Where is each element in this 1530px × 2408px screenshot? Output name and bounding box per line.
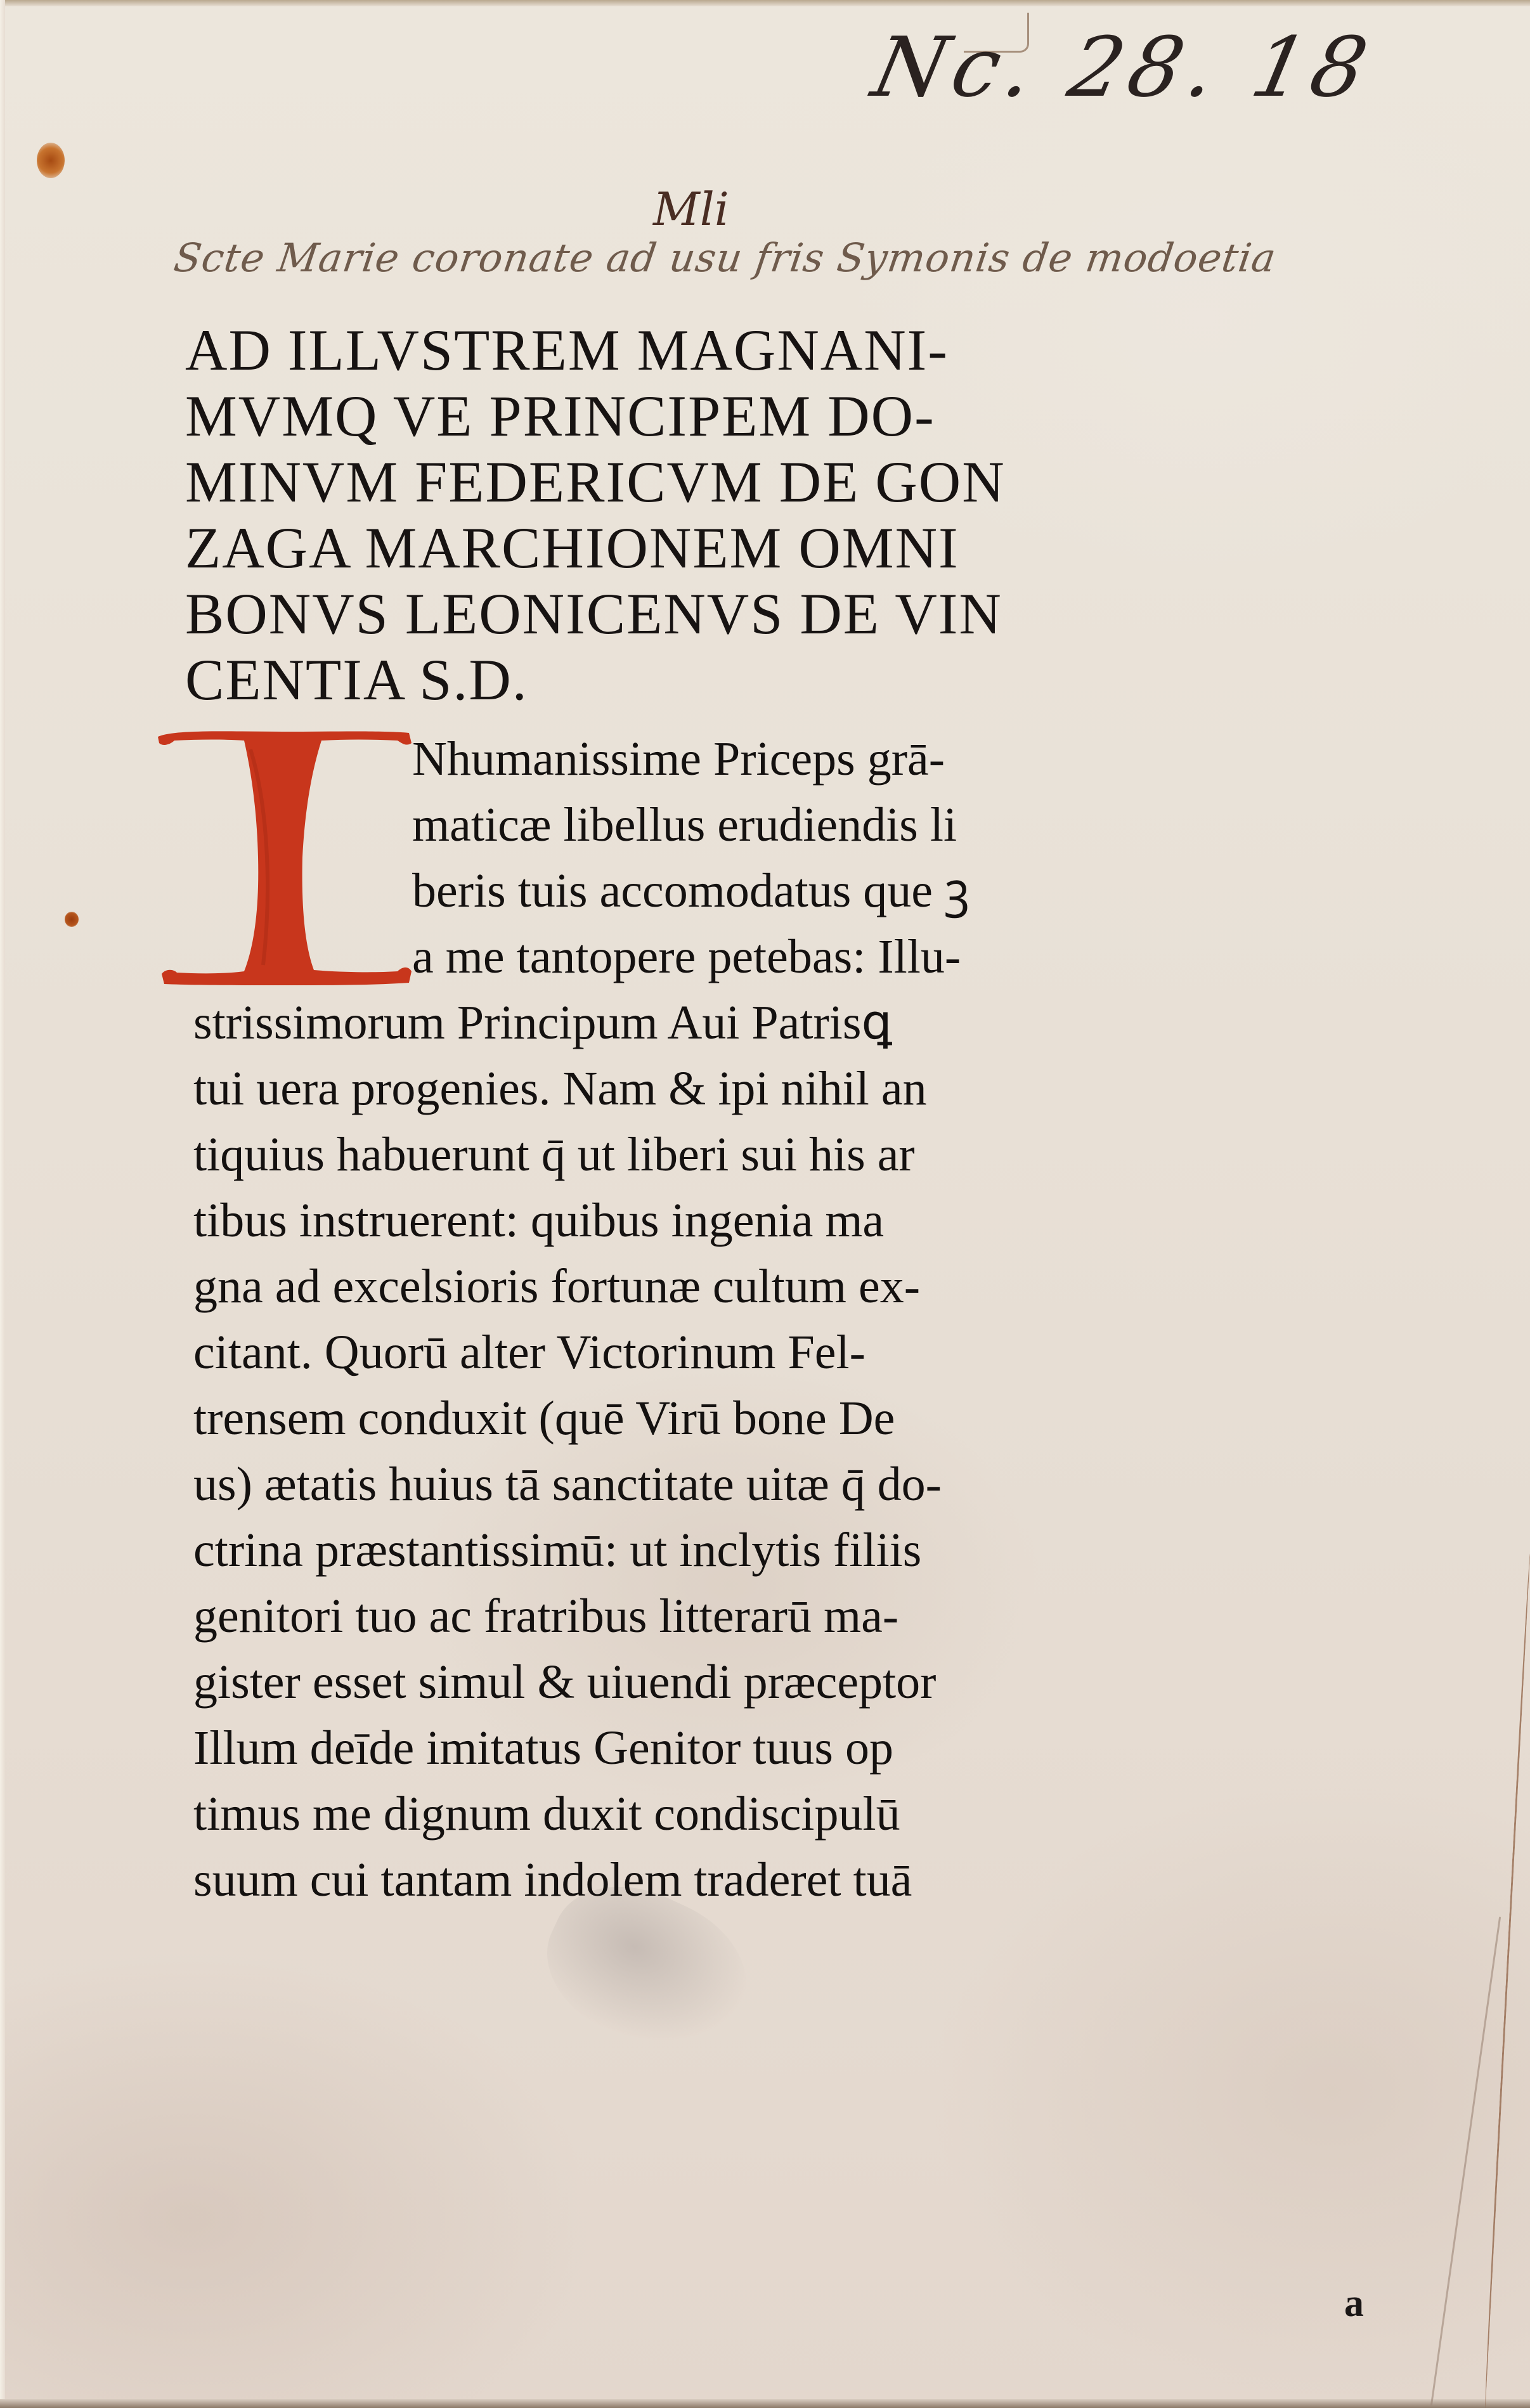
heading-line: ZAGA MARCHIONEM OMNI	[185, 515, 1124, 581]
body-line: ctrina præstantissimū: ut inclytis filii…	[193, 1517, 1132, 1583]
shelfmark: Nc. 28. 18	[865, 19, 1382, 115]
body-line: gister esset simul & uiuendi præceptor	[193, 1649, 1132, 1715]
heading-line: MINVM FEDERICVM DE GON	[185, 449, 1124, 515]
paper-crease-line	[1430, 1917, 1503, 2405]
body-line: maticæ libellus erudiendis li	[193, 792, 1132, 858]
page-edge-top	[0, 0, 1530, 6]
heading-line: AD ILLVSTREM MAGNANI-	[185, 317, 1124, 383]
page-edge-left	[0, 0, 5, 2408]
manuscript-page: Nc. 28. 18 Mli Scte Marie coronate ad us…	[0, 0, 1530, 2408]
signature-mark: a	[1344, 2281, 1364, 2326]
heading-line: CENTIA S.D.	[185, 647, 1124, 713]
body-text: Nhumanissime Priceps grā- maticæ libellu…	[193, 726, 1132, 1913]
marginal-abbreviation: Mli	[653, 183, 729, 236]
ownership-inscription: Scte Marie coronate ad usu fris Symonis …	[171, 235, 1465, 281]
body-line: gna ad excelsioris fortunæ cultum ex-	[193, 1253, 1132, 1319]
body-line: tiquius habuerunt q̄ ut liberi sui his a…	[193, 1122, 1132, 1188]
body-line: strissimorum Principum Aui Patrisꝗ	[193, 990, 1132, 1056]
body-line: us) ætatis huius tā sanctitate uitæ q̄ d…	[193, 1451, 1132, 1517]
body-line: trensem conduxit (quē Virū bone De	[193, 1385, 1132, 1451]
body-line: Illum deīde imitatus Genitor tuus op	[193, 1715, 1132, 1781]
body-line: timus me dignum duxit condiscipulū	[193, 1781, 1132, 1847]
heading-line: MVMQ VE PRINCIPEM DO-	[185, 383, 1124, 449]
foxing-stain	[37, 143, 65, 178]
body-line: suum cui tantam indolem traderet tuā	[193, 1847, 1132, 1913]
heading-line: BONVS LEONICENVS DE VIN	[185, 581, 1124, 647]
foxing-stain	[65, 912, 79, 927]
body-line: tui uera progenies. Nam & ipi nihil an	[193, 1056, 1132, 1122]
body-line: beris tuis accomodatus que ꝫ	[193, 858, 1132, 924]
page-edge-bottom	[0, 2399, 1530, 2408]
body-line: genitori tuo ac fratribus litterarū ma-	[193, 1583, 1132, 1649]
body-line: Nhumanissime Priceps grā-	[193, 726, 1132, 792]
dedication-heading: AD ILLVSTREM MAGNANI- MVMQ VE PRINCIPEM …	[185, 317, 1124, 713]
body-line: a me tantopere petebas: Illu-	[193, 924, 1132, 990]
body-line: tibus instruerent: quibus ingenia ma	[193, 1188, 1132, 1253]
body-line: citant. Quorū alter Victorinum Fel-	[193, 1319, 1132, 1385]
